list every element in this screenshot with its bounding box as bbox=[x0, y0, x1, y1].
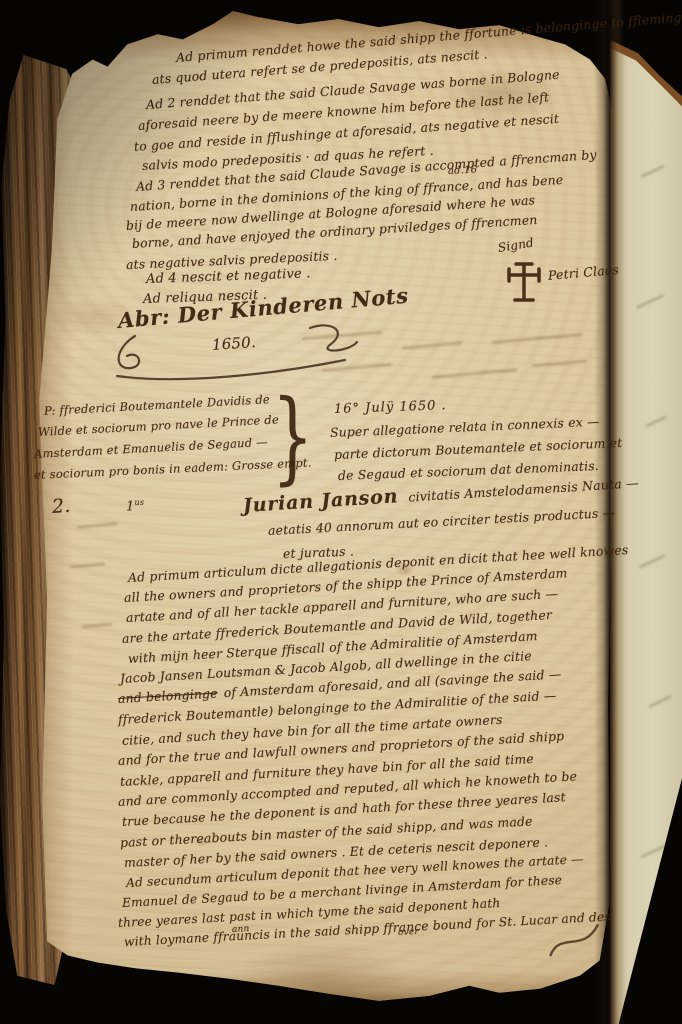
signature-flourish-icon bbox=[105, 318, 365, 388]
burnt-bottom-edge bbox=[22, 970, 620, 1018]
margin-note-brace: } bbox=[272, 394, 313, 479]
margin-entry-number: 2. bbox=[51, 495, 71, 518]
witness-number: 1us bbox=[126, 498, 144, 514]
witness-number-ordinal: us bbox=[134, 498, 144, 507]
background-bottom-corner bbox=[610, 0, 682, 1024]
witness-cross-mark-icon bbox=[502, 258, 546, 304]
facing-page bbox=[610, 0, 682, 1024]
manuscript-photo: Ad primum renddet howe the said shipp th… bbox=[0, 0, 682, 1024]
